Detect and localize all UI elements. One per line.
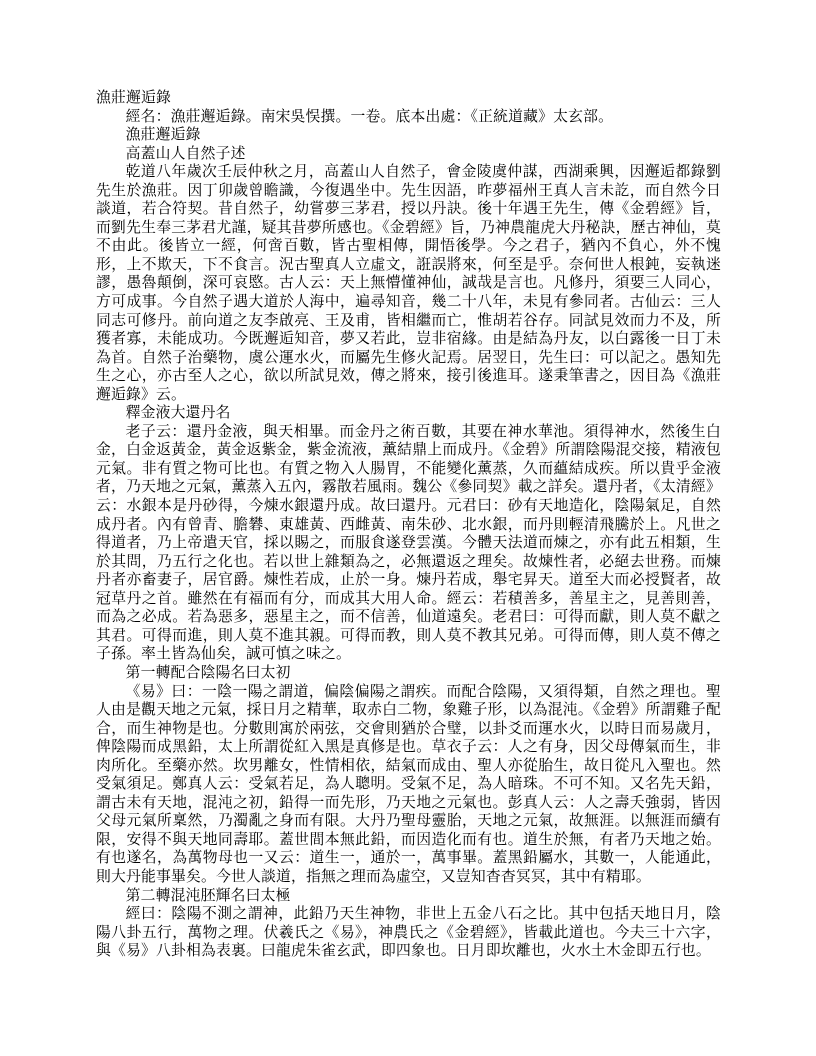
paragraph-subtitle: 漁莊邂逅錄	[96, 126, 721, 145]
paragraph-heading: 釋金液大還丹名	[96, 404, 721, 423]
paragraph-heading: 第二轉混沌胚輝名曰太極	[96, 887, 721, 906]
paragraph-heading: 第一轉配合陰陽名曰太初	[96, 664, 721, 683]
paragraph-body: 乾道八年歲次壬辰仲秋之月，高蓋山人自然子，會金陵虞仲謀，西湖乘興，因邂逅都錄劉先…	[96, 163, 721, 404]
document-page: 漁莊邂逅錄經名：漁莊邂逅錄。南宋吳悮撰。一卷。底本出處：《正統道藏》太玄部。漁莊…	[0, 0, 816, 1056]
paragraph-meta: 經名：漁莊邂逅錄。南宋吳悮撰。一卷。底本出處：《正統道藏》太玄部。	[96, 108, 721, 127]
paragraph-title: 漁莊邂逅錄	[96, 89, 721, 108]
paragraph-body: 《易》曰：一陰一陽之謂道，偏陰偏陽之謂疾。而配合陰陽，又須得類，自然之理也。聖人…	[96, 683, 721, 887]
paragraph-byline: 高蓋山人自然子述	[96, 145, 721, 164]
document-body: 漁莊邂逅錄經名：漁莊邂逅錄。南宋吳悮撰。一卷。底本出處：《正統道藏》太玄部。漁莊…	[96, 89, 721, 961]
paragraph-body: 老子云：還丹金液，與天相畢。而金丹之術百數，其要在神水華池。須得神水，然後生白金…	[96, 423, 721, 664]
paragraph-body: 經曰：陰陽不測之謂神，此鉛乃天生神物，非世上五金八石之比。其中包括天地日月，陰陽…	[96, 905, 721, 961]
